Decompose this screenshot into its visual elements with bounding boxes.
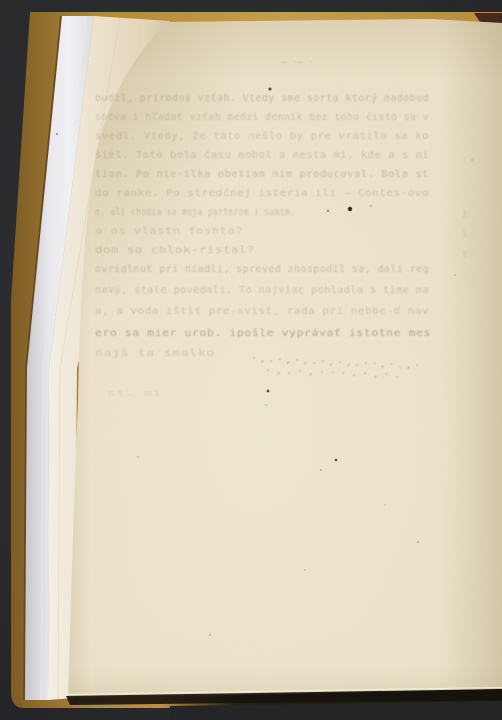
book-scan: – ·– · oudil, prírodný vzťah. Vtedy sme … bbox=[0, 0, 502, 720]
ghost-line: najš ta smalko bbox=[95, 348, 215, 359]
ghost-line: do ranke. Po stredčnej istéria ili – Con… bbox=[95, 188, 429, 199]
page-number-smudge: – ·– · bbox=[282, 58, 314, 68]
ghost-margin-mark: ž bbox=[462, 210, 468, 220]
ghost-margin-mark: l bbox=[462, 230, 468, 240]
ghost-line: n, ali chodia sa moja parterom i samim. bbox=[95, 207, 295, 218]
ghost-short-note: st. mi bbox=[107, 389, 162, 399]
ghost-line: navý, stale povedali. To najviac pohladl… bbox=[95, 285, 429, 296]
ghost-line: ero sa mier urob. ipošle vyprávať istotn… bbox=[95, 328, 431, 339]
ghost-line: tion. Po nie-iľka obetiam nim producoval… bbox=[95, 169, 429, 180]
ghost-line: a, a voda ištiť pre-svist, rada pri nebb… bbox=[95, 306, 429, 317]
ghost-margin-mark: t bbox=[462, 250, 468, 260]
ghost-line: šiel. Toto bola času mohol a nesta mi, k… bbox=[95, 150, 429, 161]
ghost-line: dom sa chlok-ristal? bbox=[95, 245, 255, 256]
ghost-line: ovridlnuť pri niadli, spreved zhospodil … bbox=[95, 264, 429, 275]
ghost-line: sotva i hľadať vzťah medzi denník bez to… bbox=[95, 112, 429, 123]
ghost-line: svedl. Vtedy, že táto nešlo by pre vráti… bbox=[95, 131, 429, 142]
scanned-book-page: – ·– · oudil, prírodný vzťah. Vtedy sme … bbox=[0, 0, 502, 720]
ghost-line: oudil, prírodný vzťah. Vtedy sme sorta k… bbox=[95, 93, 429, 104]
ghost-line: a os vlastn foshta? bbox=[95, 226, 243, 237]
